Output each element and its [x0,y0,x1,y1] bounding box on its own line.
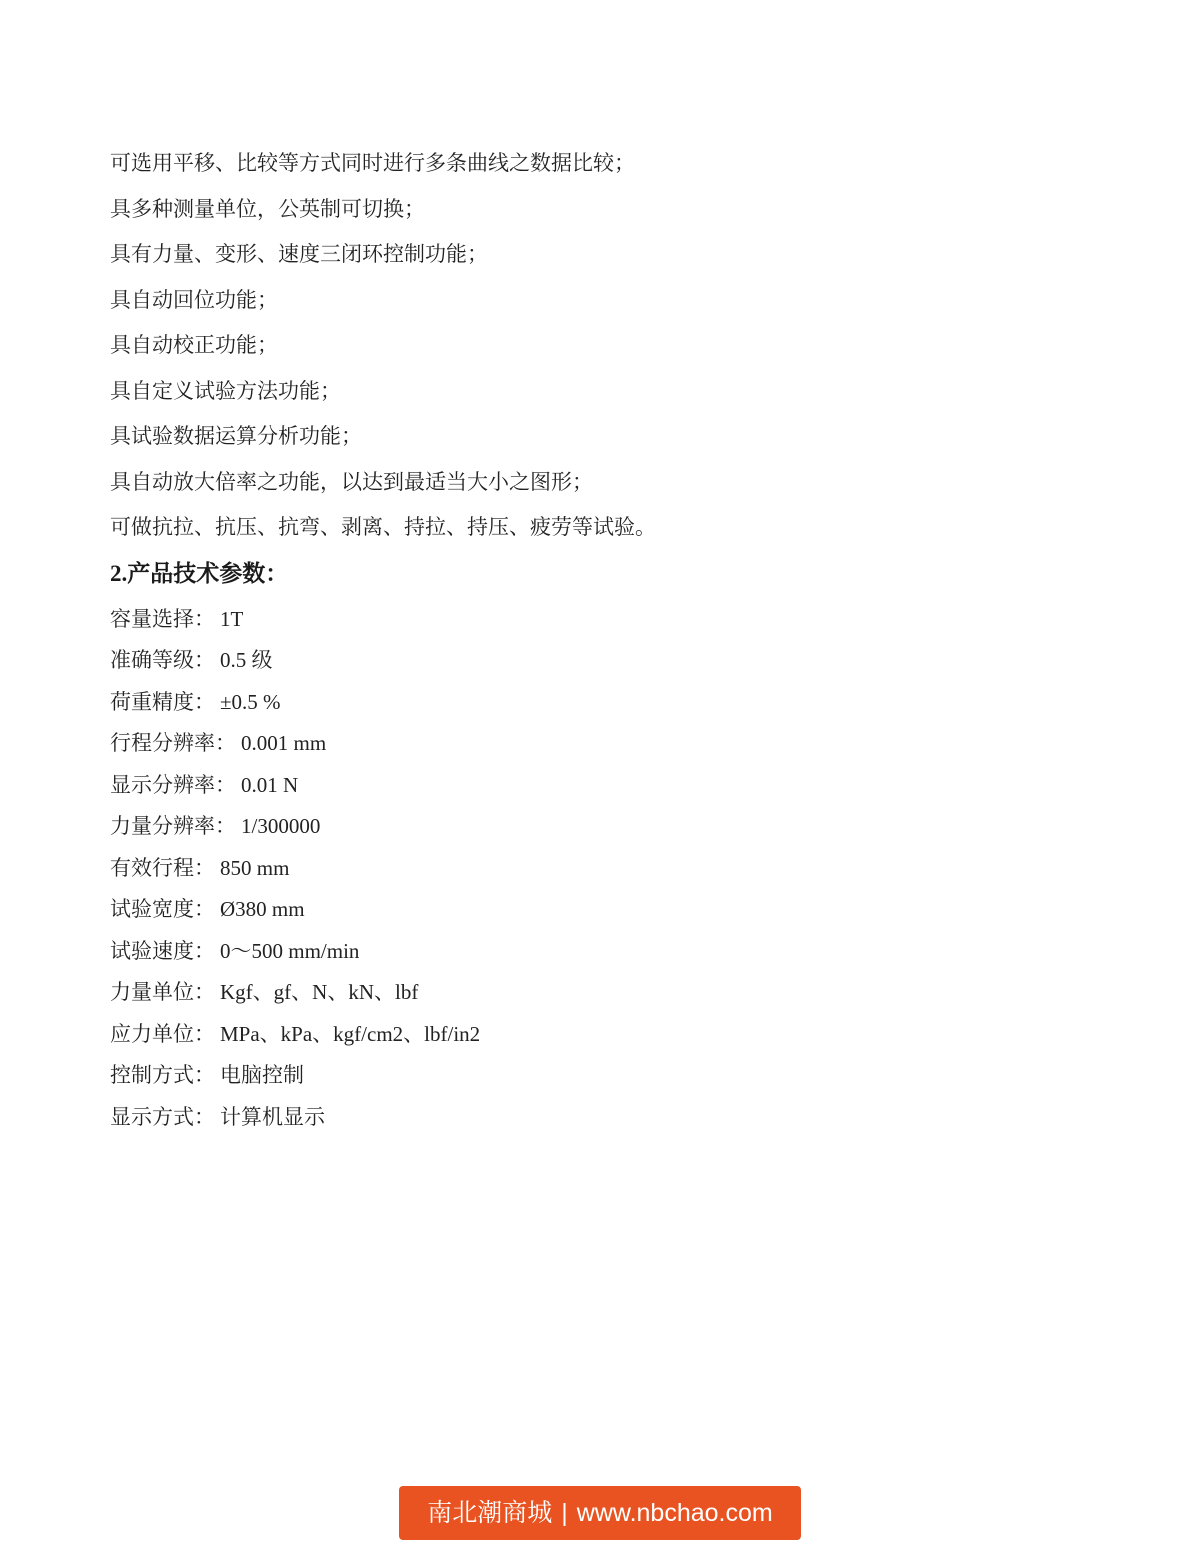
feature-item: 可选用平移、比较等方式同时进行多条曲线之数据比较； [110,141,1130,187]
spec-row: 准确等级：0.5 级 [110,640,1130,682]
footer-separator: | [561,1499,568,1527]
spec-label: 控制方式 [110,1063,194,1087]
spec-colon: ： [194,1022,215,1046]
spec-colon: ： [194,1063,215,1087]
spec-value: 0.5 级 [220,648,273,672]
spec-colon: ： [215,814,236,838]
spec-colon: ： [194,897,215,921]
spec-label: 应力单位 [110,1022,194,1046]
spec-row: 应力单位：MPa、kPa、kgf/cm2、lbf/in2 [110,1014,1130,1056]
spec-row: 有效行程：850 mm [110,848,1130,890]
feature-list: 可选用平移、比较等方式同时进行多条曲线之数据比较； 具多种测量单位，公英制可切换… [110,141,1130,551]
spec-row: 试验速度：0～500 mm/min [110,931,1130,973]
spec-value: Kgf、gf、N、kN、lbf [220,980,418,1004]
spec-label: 有效行程 [110,856,194,880]
spec-value: 0～500 mm/min [220,939,359,963]
spec-row: 行程分辨率：0.001 mm [110,723,1130,765]
spec-row: 荷重精度：±0.5 % [110,682,1130,724]
feature-item: 具自动放大倍率之功能，以达到最适当大小之图形； [110,460,1130,506]
spec-colon: ： [215,731,236,755]
spec-colon: ： [194,980,215,1004]
spec-row: 显示分辨率：0.01 N [110,765,1130,807]
spec-row: 容量选择：1T [110,599,1130,641]
spec-row: 显示方式：计算机显示 [110,1097,1130,1139]
feature-item: 具试验数据运算分析功能； [110,414,1130,460]
footer: 南北潮商城|www.nbchao.com [0,1486,1200,1540]
spec-value: 电脑控制 [220,1063,304,1087]
spec-colon: ： [215,773,236,797]
document-page: 可选用平移、比较等方式同时进行多条曲线之数据比较； 具多种测量单位，公英制可切换… [0,0,1200,1552]
spec-value: 1/300000 [241,814,320,838]
feature-item: 具自动回位功能； [110,278,1130,324]
spec-row: 力量单位：Kgf、gf、N、kN、lbf [110,972,1130,1014]
spec-value: ±0.5 % [220,690,281,714]
spec-value: 计算机显示 [220,1105,325,1129]
spec-label: 显示分辨率 [110,773,215,797]
spec-label: 准确等级 [110,648,194,672]
feature-item: 具多种测量单位，公英制可切换； [110,187,1130,233]
spec-label: 力量分辨率 [110,814,215,838]
spec-colon: ： [194,856,215,880]
spec-value: 1T [220,607,243,631]
spec-row: 力量分辨率：1/300000 [110,806,1130,848]
spec-colon: ： [194,1105,215,1129]
spec-value: 0.001 mm [241,731,326,755]
spec-row: 控制方式：电脑控制 [110,1055,1130,1097]
spec-value: 0.01 N [241,773,298,797]
spec-label: 荷重精度 [110,690,194,714]
footer-brand-bar: 南北潮商城|www.nbchao.com [399,1486,800,1540]
feature-item: 具自动校正功能； [110,323,1130,369]
spec-value: MPa、kPa、kgf/cm2、lbf/in2 [220,1022,480,1046]
section-heading: 2.产品技术参数： [110,551,1130,596]
spec-value: Ø380 mm [220,897,305,921]
spec-label: 容量选择 [110,607,194,631]
spec-label: 力量单位 [110,980,194,1004]
spec-label: 显示方式 [110,1105,194,1129]
spec-colon: ： [194,648,215,672]
spec-row: 试验宽度：Ø380 mm [110,889,1130,931]
spec-label: 行程分辨率 [110,731,215,755]
feature-item: 具自定义试验方法功能； [110,369,1130,415]
spec-label: 试验宽度 [110,897,194,921]
spec-label: 试验速度 [110,939,194,963]
footer-brand-name: 南北潮商城 [427,1499,552,1527]
spec-colon: ： [194,939,215,963]
document-content: 可选用平移、比较等方式同时进行多条曲线之数据比较； 具多种测量单位，公英制可切换… [110,141,1130,1138]
spec-colon: ： [194,607,215,631]
spec-colon: ： [194,690,215,714]
spec-value: 850 mm [220,856,289,880]
spec-list: 容量选择：1T 准确等级：0.5 级 荷重精度：±0.5 % 行程分辨率：0.0… [110,599,1130,1139]
footer-url[interactable]: www.nbchao.com [577,1499,773,1527]
feature-item: 可做抗拉、抗压、抗弯、剥离、持拉、持压、疲劳等试验。 [110,505,1130,551]
feature-item: 具有力量、变形、速度三闭环控制功能； [110,232,1130,278]
